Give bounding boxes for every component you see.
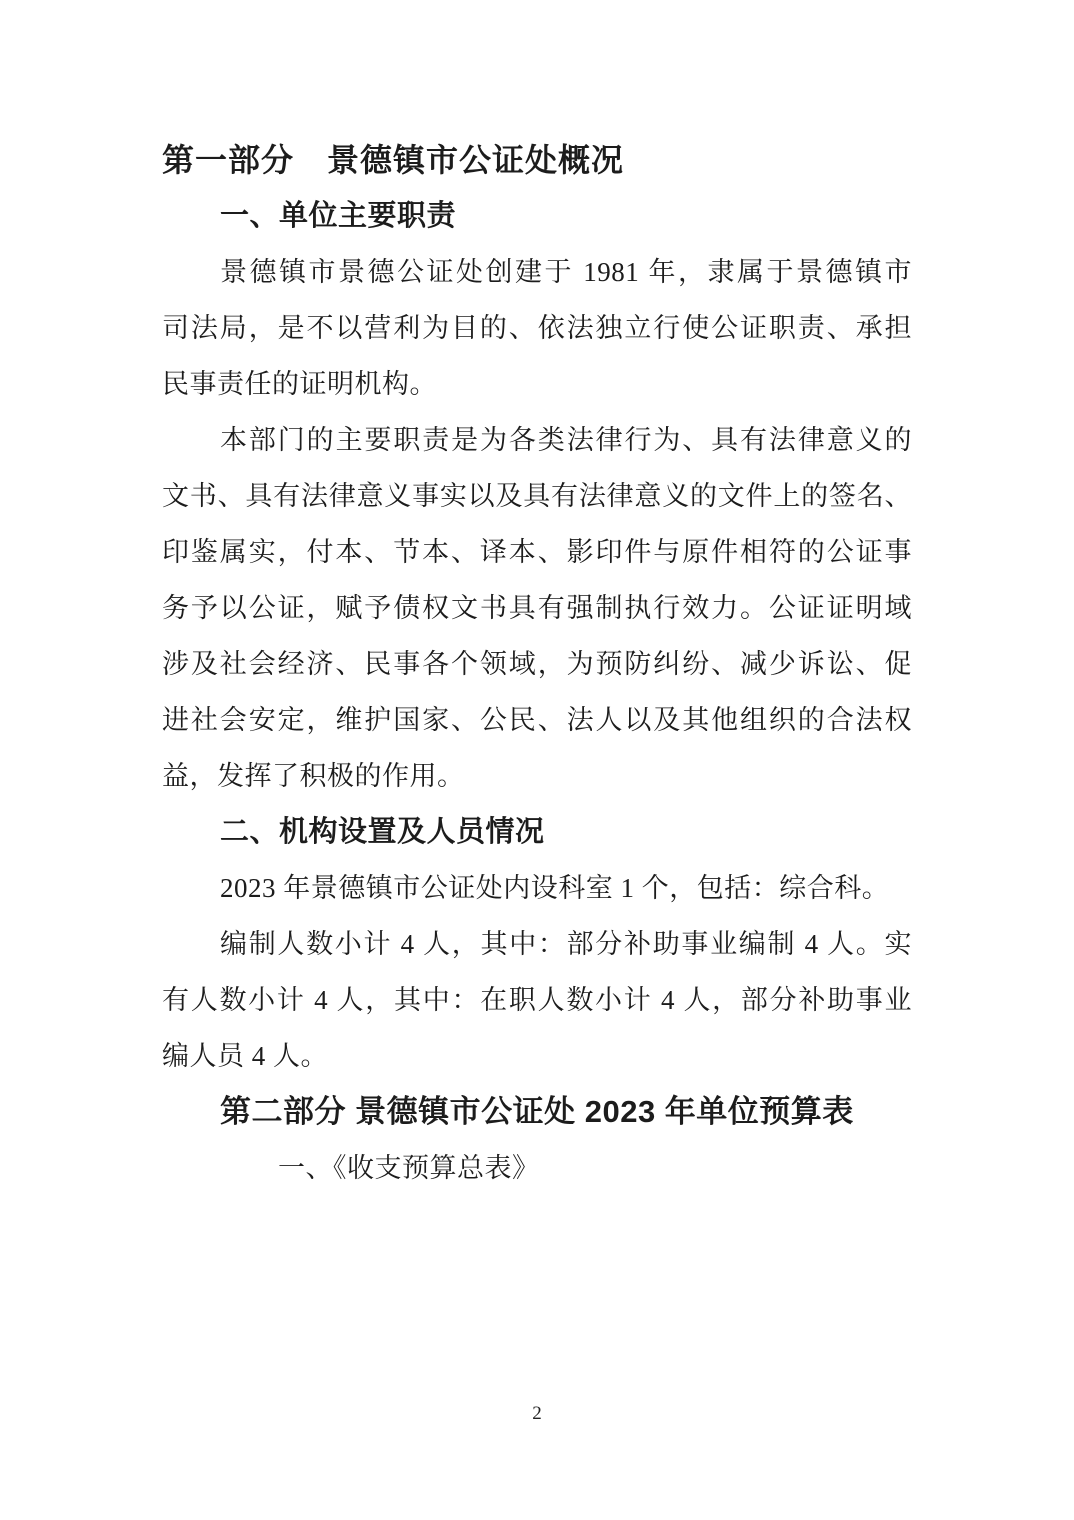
part2-heading: 第二部分 景德镇市公证处 2023 年单位预算表 [162, 1084, 912, 1140]
para4-line3: 编人员 4 人。 [162, 1028, 912, 1084]
document-body: 第一部分 景德镇市公证处概况 一、单位主要职责 景德镇市景德公证处创建于 198… [162, 132, 912, 1196]
document-page: { "page": { "number": "2" }, "document":… [0, 0, 1074, 1520]
para1-line2: 司法局，是不以营利为目的、依法独立行使公证职责、承担 [162, 300, 912, 356]
table-list-item-1: 一、《收支预算总表》 [162, 1140, 912, 1196]
para2-line2: 文书、具有法律意义事实以及具有法律意义的文件上的签名、 [162, 468, 912, 524]
para2-line7: 益，发挥了积极的作用。 [162, 748, 912, 804]
para2-line3: 印鉴属实，付本、节本、译本、影印件与原件相符的公证事 [162, 524, 912, 580]
para3-line1: 2023 年景德镇市公证处内设科室 1 个，包括：综合科。 [162, 860, 912, 916]
para1-line3: 民事责任的证明机构。 [162, 356, 912, 412]
para2-line4: 务予以公证，赋予债权文书具有强制执行效力。公证证明域 [162, 580, 912, 636]
para4-line2: 有人数小计 4 人，其中：在职人数小计 4 人，部分补助事业 [162, 972, 912, 1028]
page-number: 2 [0, 1400, 1074, 1428]
para2-line6: 进社会安定，维护国家、公民、法人以及其他组织的合法权 [162, 692, 912, 748]
para2-line1: 本部门的主要职责是为各类法律行为、具有法律意义的 [162, 412, 912, 468]
para2-line5: 涉及社会经济、民事各个领域，为预防纠纷、减少诉讼、促 [162, 636, 912, 692]
section1-heading: 一、单位主要职责 [162, 188, 912, 244]
section2-heading: 二、机构设置及人员情况 [162, 804, 912, 860]
part1-heading: 第一部分 景德镇市公证处概况 [162, 132, 912, 188]
para1-line1: 景德镇市景德公证处创建于 1981 年，隶属于景德镇市 [162, 244, 912, 300]
para4-line1: 编制人数小计 4 人，其中：部分补助事业编制 4 人。实 [162, 916, 912, 972]
